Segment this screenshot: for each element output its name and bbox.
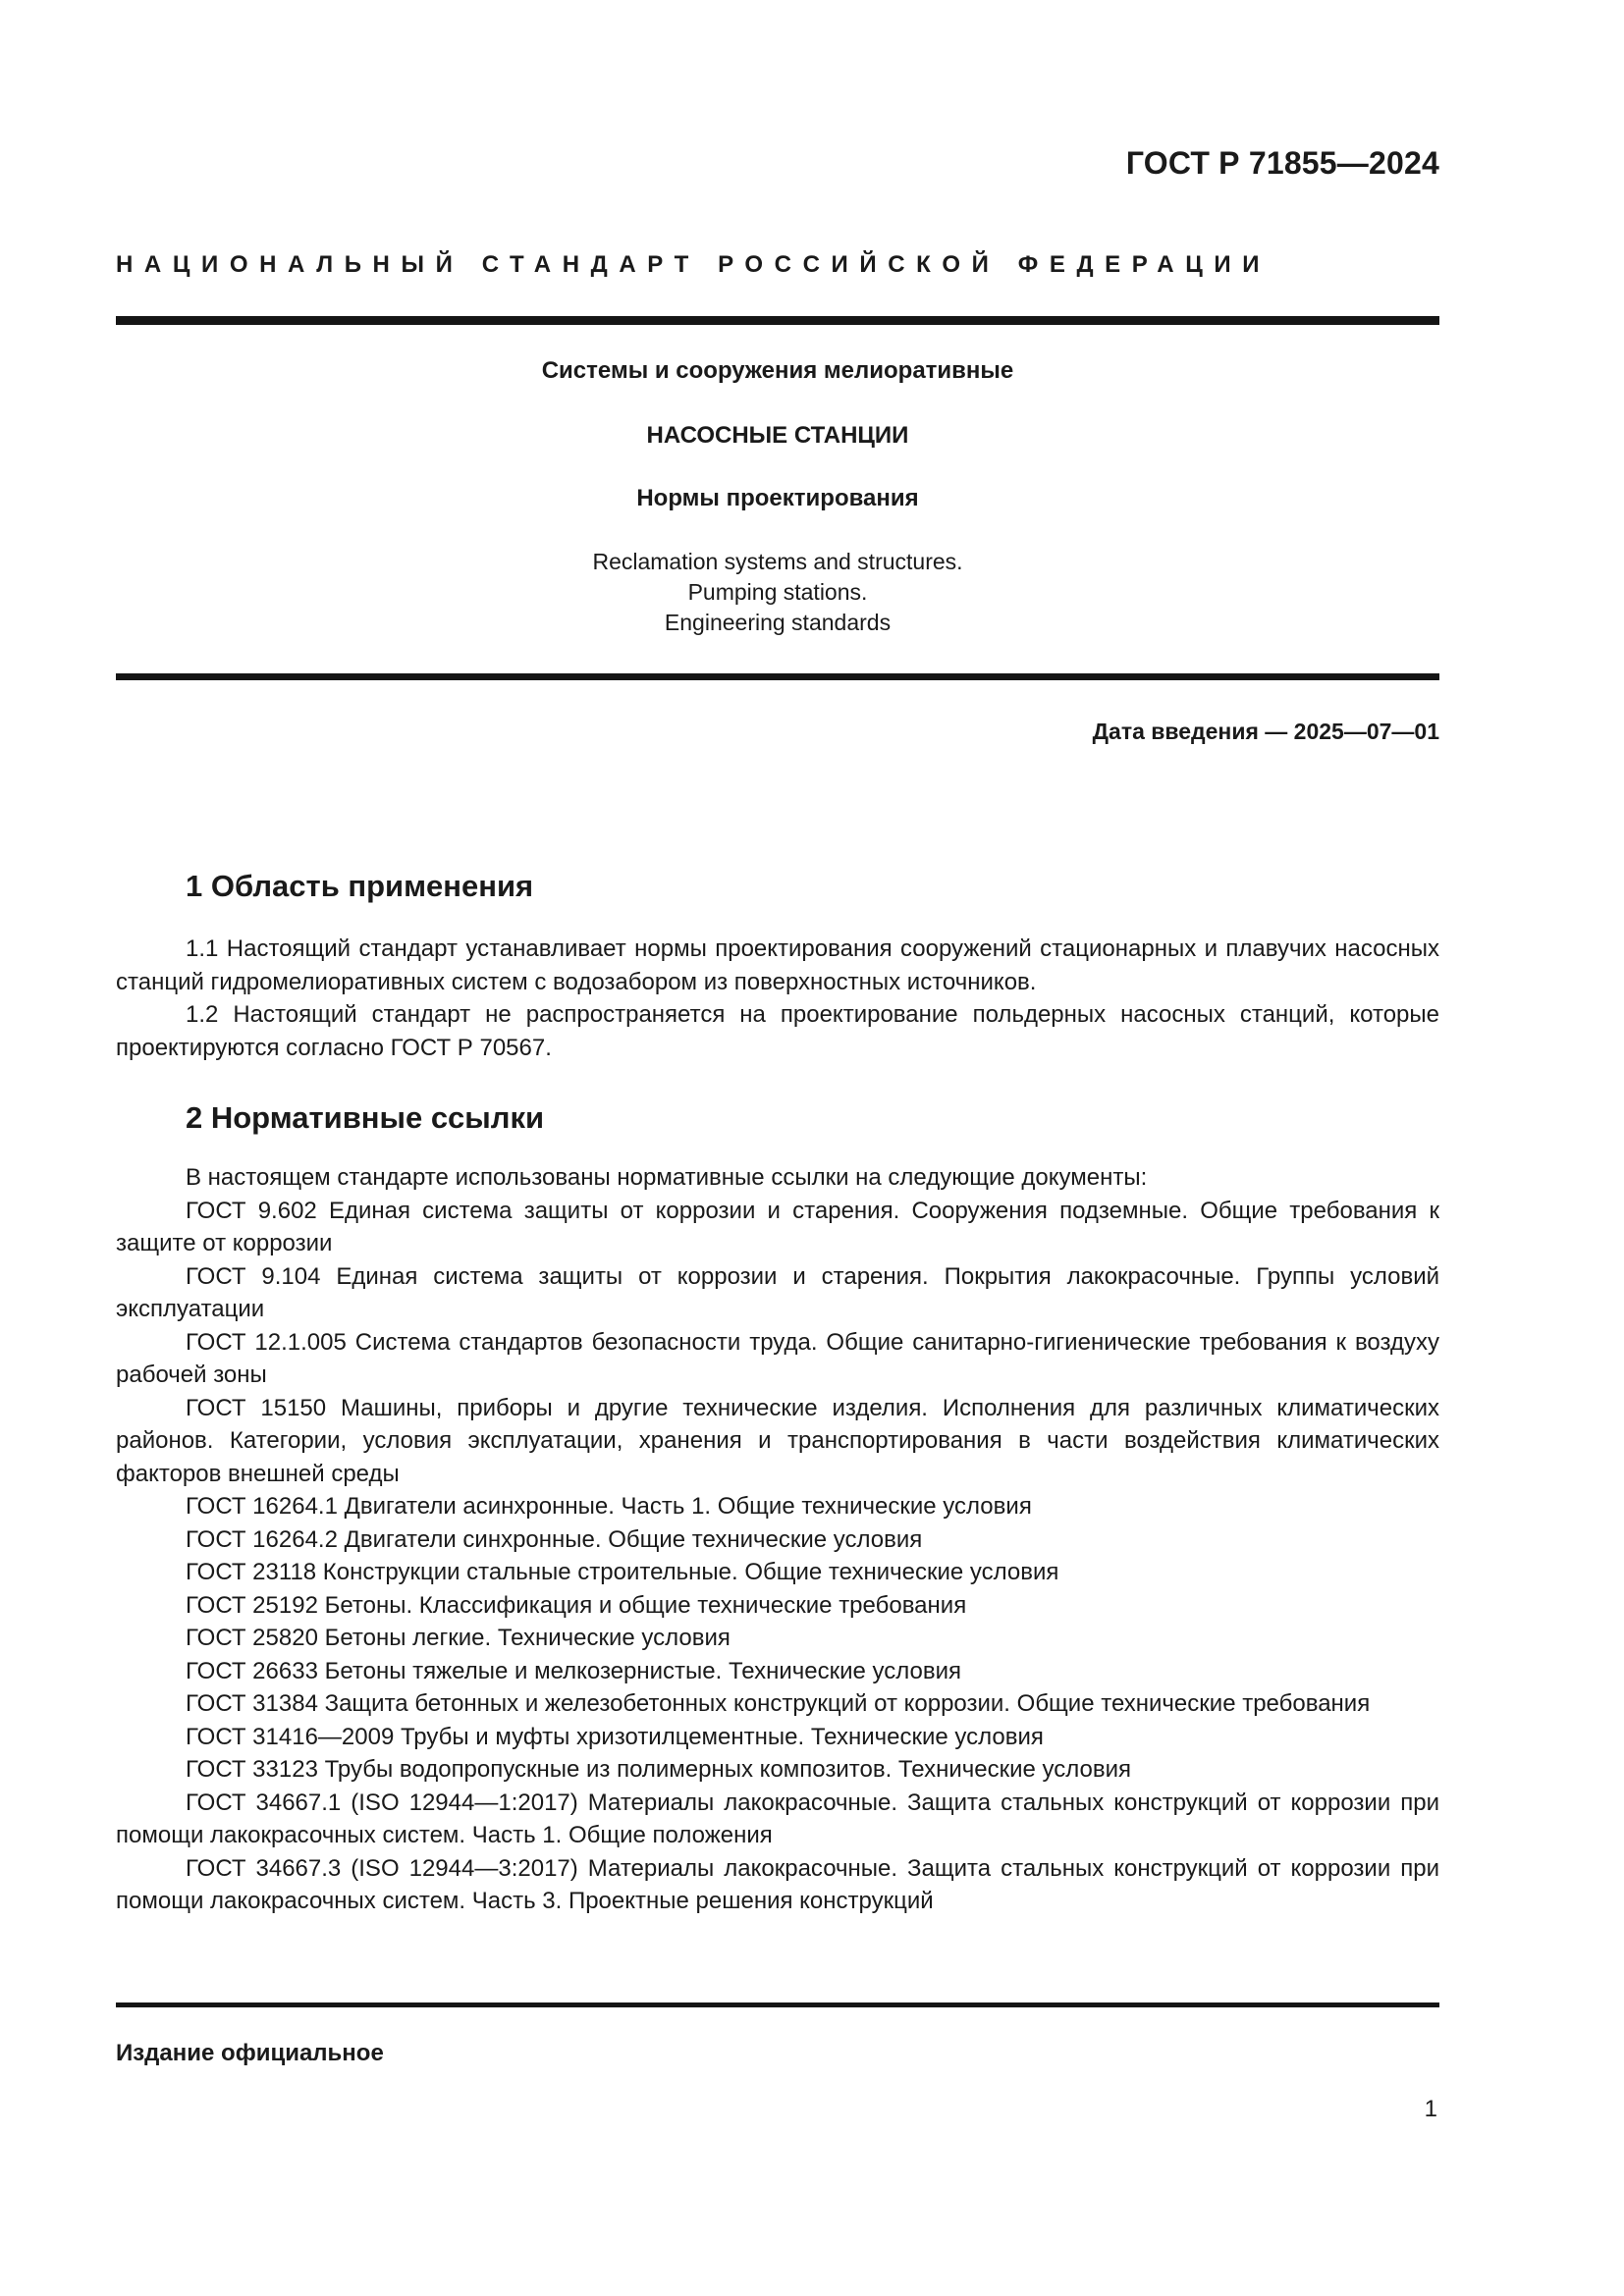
title-group: Системы и сооружения мелиоративные — [116, 357, 1439, 385]
title-rule — [116, 673, 1439, 680]
standard-banner: НАЦИОНАЛЬНЫЙ СТАНДАРТ РОССИЙСКОЙ ФЕДЕРАЦ… — [116, 251, 1441, 279]
reference-item: ГОСТ 9.104 Единая система защиты от корр… — [116, 1260, 1439, 1326]
official-edition-label: Издание официальное — [116, 2040, 384, 2067]
reference-item: ГОСТ 9.602 Единая система защиты от корр… — [116, 1195, 1439, 1260]
section-normative-references: 2 Нормативные ссылки В настоящем стандар… — [116, 1100, 1439, 1918]
paragraph: 1.2 Настоящий стандарт не распространяет… — [116, 998, 1439, 1064]
reference-item: ГОСТ 31384 Защита бетонных и железобетон… — [116, 1687, 1439, 1721]
title-english-line: Pumping stations. — [116, 577, 1439, 608]
title-english: Reclamation systems and structures. Pump… — [116, 547, 1439, 638]
section-scope: 1 Область применения 1.1 Настоящий станд… — [116, 869, 1439, 1064]
reference-item: ГОСТ 25820 Бетоны легкие. Технические ус… — [116, 1622, 1439, 1655]
reference-item: ГОСТ 23118 Конструкции стальные строител… — [116, 1556, 1439, 1589]
reference-item: ГОСТ 31416—2009 Трубы и муфты хризотилце… — [116, 1721, 1439, 1754]
reference-item: ГОСТ 16264.1 Двигатели асинхронные. Част… — [116, 1490, 1439, 1523]
reference-item: ГОСТ 16264.2 Двигатели синхронные. Общие… — [116, 1523, 1439, 1557]
section-body: В настоящем стандарте использованы норма… — [116, 1161, 1439, 1918]
title-english-line: Engineering standards — [116, 608, 1439, 638]
top-rule — [116, 316, 1439, 325]
document-page: ГОСТ Р 71855—2024 НАЦИОНАЛЬНЫЙ СТАНДАРТ … — [0, 0, 1624, 2296]
page-number: 1 — [1425, 2096, 1437, 2123]
document-number: ГОСТ Р 71855—2024 — [1126, 145, 1439, 182]
title-subtitle: Нормы проектирования — [116, 485, 1439, 512]
reference-item: ГОСТ 15150 Машины, приборы и другие техн… — [116, 1392, 1439, 1491]
paragraph: 1.1 Настоящий стандарт устанавливает нор… — [116, 933, 1439, 998]
reference-item: ГОСТ 33123 Трубы водопропускные из полим… — [116, 1753, 1439, 1787]
footer-rule — [116, 2002, 1439, 2007]
section-body: 1.1 Настоящий стандарт устанавливает нор… — [116, 933, 1439, 1064]
reference-item: ГОСТ 25192 Бетоны. Классификация и общие… — [116, 1589, 1439, 1623]
title-english-line: Reclamation systems and structures. — [116, 547, 1439, 577]
reference-item: ГОСТ 12.1.005 Система стандартов безопас… — [116, 1326, 1439, 1392]
title-main: НАСОСНЫЕ СТАНЦИИ — [116, 422, 1439, 450]
introduction-date: Дата введения — 2025—07—01 — [1093, 719, 1439, 745]
reference-item: ГОСТ 34667.1 (ISO 12944—1:2017) Материал… — [116, 1787, 1439, 1852]
paragraph: В настоящем стандарте использованы норма… — [116, 1161, 1439, 1195]
section-heading: 1 Область применения — [116, 869, 1439, 904]
reference-item: ГОСТ 34667.3 (ISO 12944—3:2017) Материал… — [116, 1852, 1439, 1918]
section-heading: 2 Нормативные ссылки — [116, 1100, 1439, 1136]
reference-item: ГОСТ 26633 Бетоны тяжелые и мелкозернист… — [116, 1655, 1439, 1688]
